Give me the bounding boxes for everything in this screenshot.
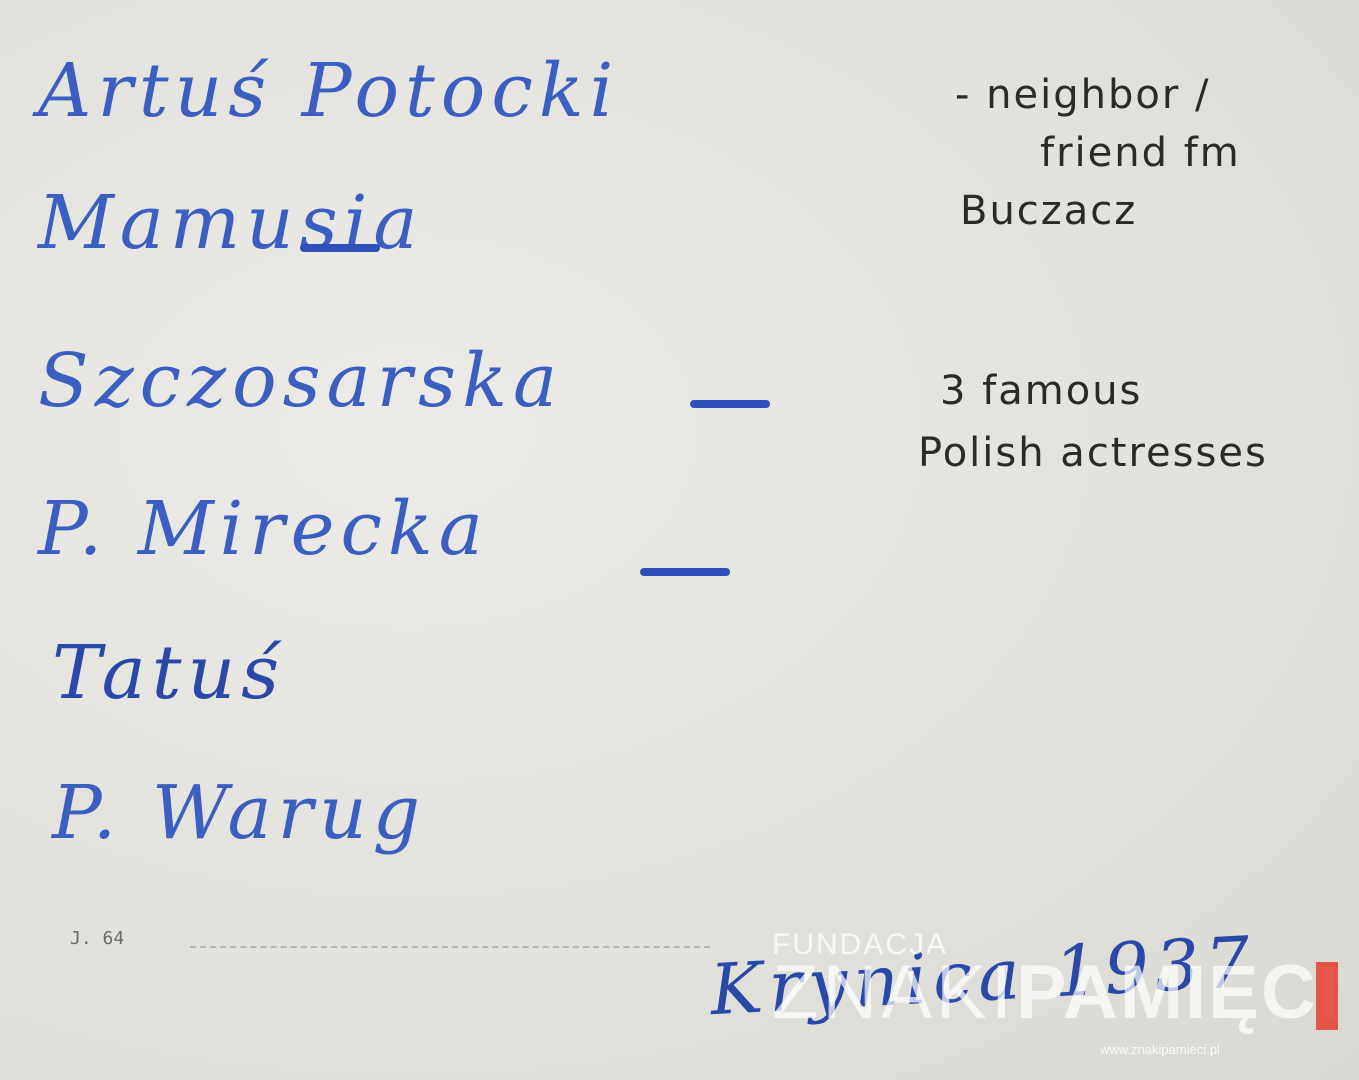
- watermark-pamieci: PAMIĘCI: [1016, 950, 1341, 1035]
- pencil-note-polish-actresses: Polish actresses: [918, 430, 1268, 476]
- pencil-note-famous: 3 famous: [940, 368, 1142, 414]
- handwritten-name-p-mirecka: P. Mirecka: [38, 486, 489, 572]
- pencil-note-buczacz: Buczacz: [960, 188, 1137, 234]
- pencil-note-neighbor: - neighbor /: [955, 72, 1210, 118]
- watermark-url: www.znakipamieci.pl: [1100, 1042, 1220, 1057]
- ink-stroke: [300, 244, 380, 252]
- ink-stroke: [690, 400, 770, 408]
- pencil-note-friend-from: friend fm: [1040, 130, 1241, 176]
- watermark-logo: ZNAKIPAMIĘCI: [772, 955, 1341, 1031]
- handwritten-name-artus-potocki: Artuś Potocki: [38, 48, 619, 134]
- watermark-znaki: ZNAKI: [772, 950, 1016, 1035]
- ink-stroke: [640, 568, 730, 576]
- dotted-line: [190, 946, 710, 948]
- printed-mark: J. 64: [70, 928, 124, 949]
- postcard-back: Artuś Potocki Mamusia Szczosarska P. Mir…: [0, 0, 1359, 1080]
- handwritten-name-szczosarska: Szczosarska: [38, 338, 563, 424]
- watermark-red-bar: [1316, 962, 1338, 1030]
- handwritten-name-tatus: Tatuś: [52, 630, 285, 716]
- handwritten-name-p-warug: P. Warug: [52, 770, 426, 856]
- handwritten-name-mamusia: Mamusia: [38, 180, 423, 266]
